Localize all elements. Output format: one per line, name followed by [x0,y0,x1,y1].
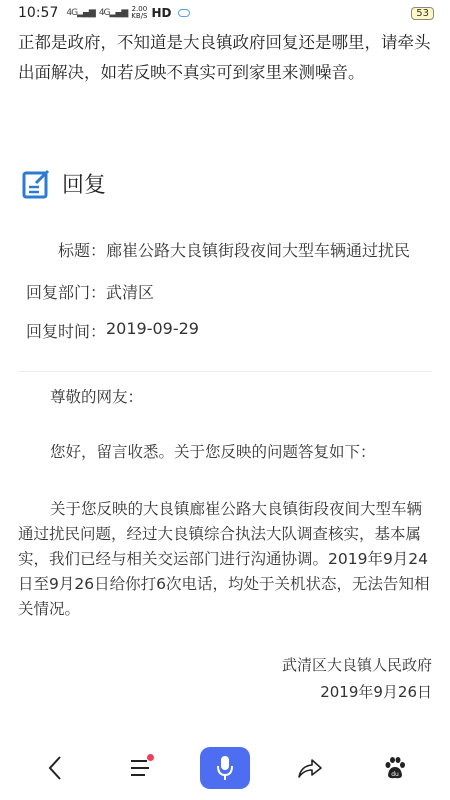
time-value: 2019-09-29 [106,319,199,342]
meta-time-row: 回复时间： 2019-09-29 [18,319,438,342]
signature-date: 2019年9月26日 [320,681,432,702]
baidu-home-button[interactable]: du [370,743,420,793]
status-bar: 10:57 4G▂▄▆ 4G▂▄▆ 2.00KB/S HD 53 [0,0,450,26]
voice-search-button[interactable] [200,747,250,789]
dept-value: 武清区 [106,280,154,303]
cloud-icon [178,9,190,17]
title-label: 标题： [18,238,106,261]
time-label: 回复时间： [18,319,106,342]
baidu-paw-icon: du [383,756,407,780]
dept-label: 回复部门： [18,280,106,303]
notification-dot [147,754,154,761]
letter-opening: 您好，留言收悉。关于您反映的问题答复如下： [18,441,432,464]
signal-icon: 4G▂▄▆ [66,8,94,18]
section-title: 回复 [62,168,106,199]
reply-section-header: 回复 [22,168,106,199]
signal-icon-2: 4G▂▄▆ [99,8,127,18]
share-icon [297,757,323,779]
bottom-nav: du [0,736,450,800]
menu-button[interactable] [115,743,165,793]
meta-title-row: 标题： 廊崔公路大良镇街段夜间大型车辆通过扰民 [18,238,438,261]
back-button[interactable] [30,743,80,793]
menu-icon [129,758,151,778]
status-time: 10:57 [18,5,58,21]
hd-icon: HD [152,6,172,20]
intro-text: 正都是政府，不知道是大良镇政府回复还是哪里，请牵头出面解决，如若反映不真实可到家… [18,28,438,88]
share-button[interactable] [285,743,335,793]
divider [18,371,432,372]
battery-indicator: 53 [411,7,434,20]
chevron-left-icon [47,755,63,781]
title-value: 廊崔公路大良镇街段夜间大型车辆通过扰民 [106,238,410,261]
signature-org: 武清区大良镇人民政府 [282,654,432,675]
microphone-icon [216,754,234,782]
edit-document-icon [22,169,52,199]
net-speed: 2.00KB/S [131,6,147,20]
letter-body: 关于您反映的大良镇廊崔公路大良镇街段夜间大型车辆通过扰民问题，经过大良镇综合执法… [18,497,432,622]
meta-dept-row: 回复部门： 武清区 [18,280,438,303]
svg-text:du: du [392,771,400,778]
letter-greeting: 尊敬的网友： [18,386,432,409]
